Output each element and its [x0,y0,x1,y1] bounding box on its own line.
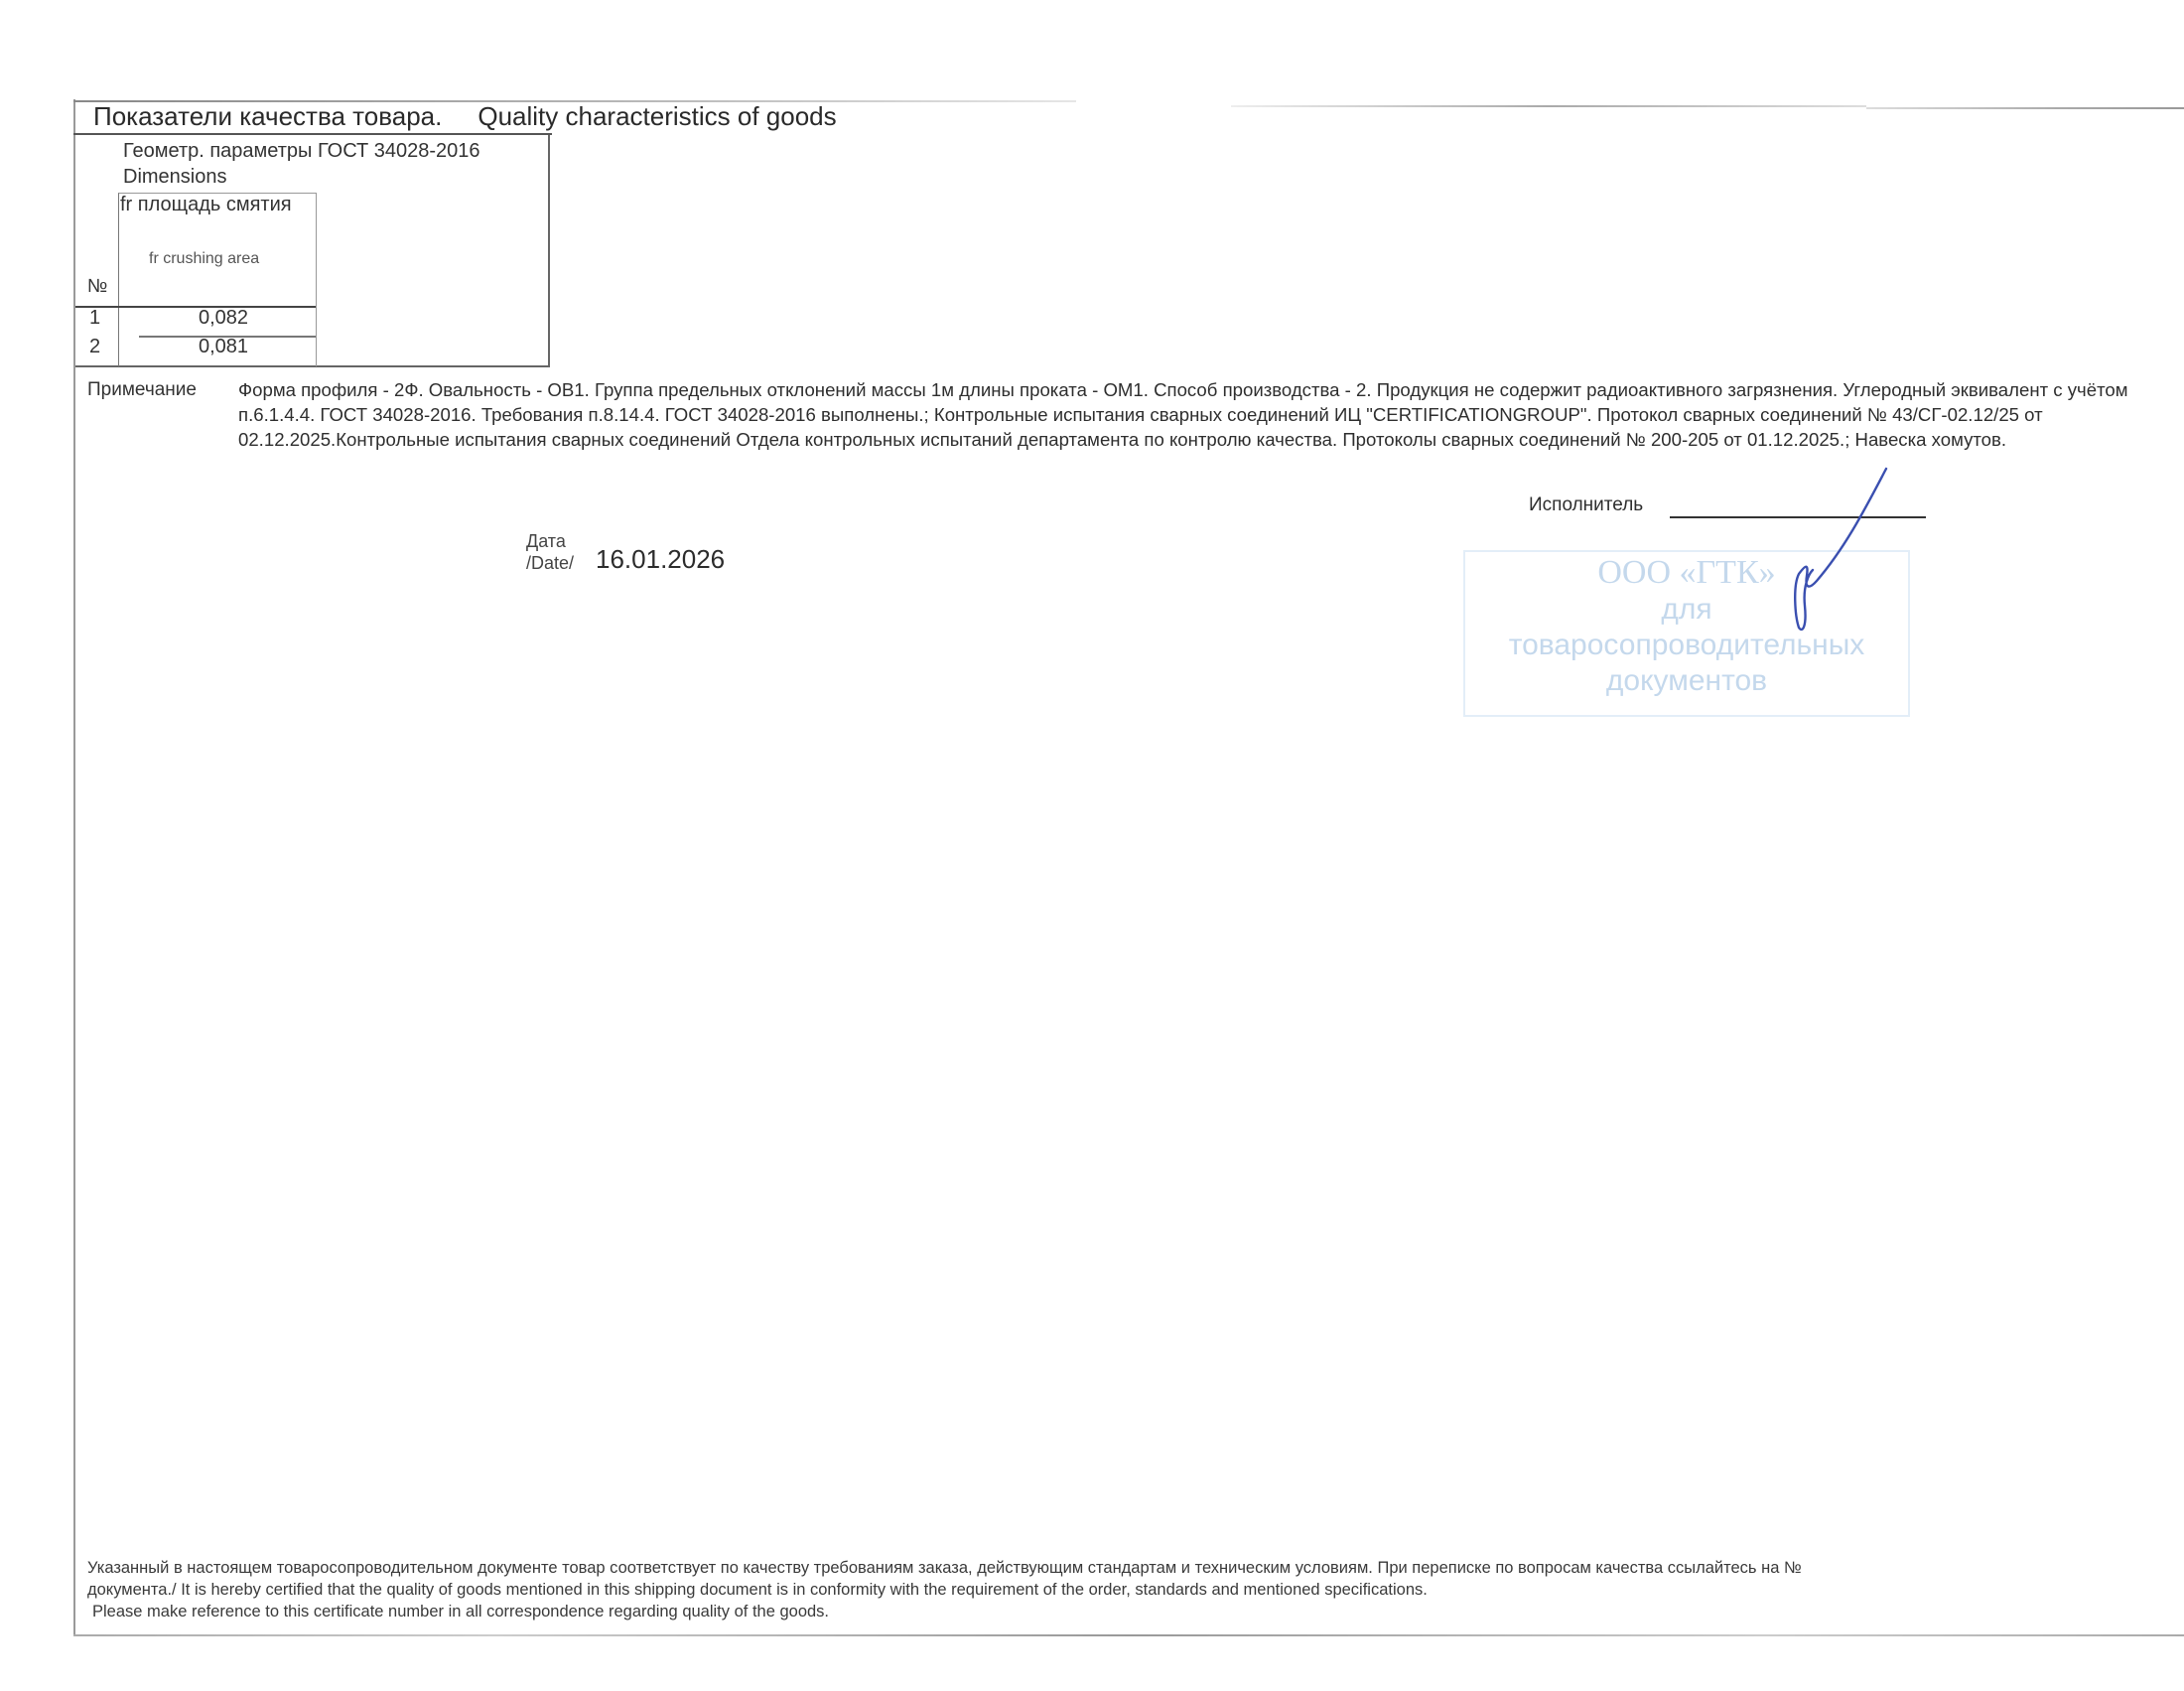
row-value: 0,082 [179,307,268,330]
group-header-ru: Геометр. параметры ГОСТ 34028-2016 [123,138,480,164]
note-text: Форма профиля - 2Ф. Овальность - ОВ1. Гр… [238,377,2174,452]
stamp-line: документов [1465,663,1908,699]
number-header: № [87,276,107,298]
footer-line: документа./ It is hereby certified that … [87,1579,2152,1601]
date-label-ru: Дата [526,530,574,552]
table-row: 2 0,081 [0,336,397,363]
section-title: Показатели качества товара.Quality chara… [93,101,837,132]
section-title-en: Quality characteristics of goods [478,101,836,131]
bottom-rule [73,1634,2184,1636]
table-group-header: Геометр. параметры ГОСТ 34028-2016 Dimen… [123,138,480,190]
section-title-ru: Показатели качества товара. [93,101,442,131]
footer-line: Please make reference to this certificat… [87,1601,2152,1622]
footer-line: Указанный в настоящем товаросопроводител… [87,1557,2152,1579]
row-number: 1 [89,307,100,330]
row-value: 0,081 [179,336,268,358]
certification-footer: Указанный в настоящем товаросопроводител… [87,1557,2152,1622]
date-label-en: /Date/ [526,552,574,574]
top-rule [1231,105,1866,107]
top-rule [1866,107,2184,109]
column-header-en: fr crushing area [149,250,259,268]
date-value: 16.01.2026 [596,544,725,575]
group-header-en: Dimensions [123,164,480,190]
column-header-ru: fr площадь смятия [120,194,292,216]
date-label: Дата /Date/ [526,530,574,574]
note-label: Примечание [87,379,197,401]
handwritten-signature-icon [1747,467,1906,645]
executor-label: Исполнитель [1529,494,1643,516]
row-number: 2 [89,336,100,358]
table-row: 1 0,082 [0,307,397,335]
